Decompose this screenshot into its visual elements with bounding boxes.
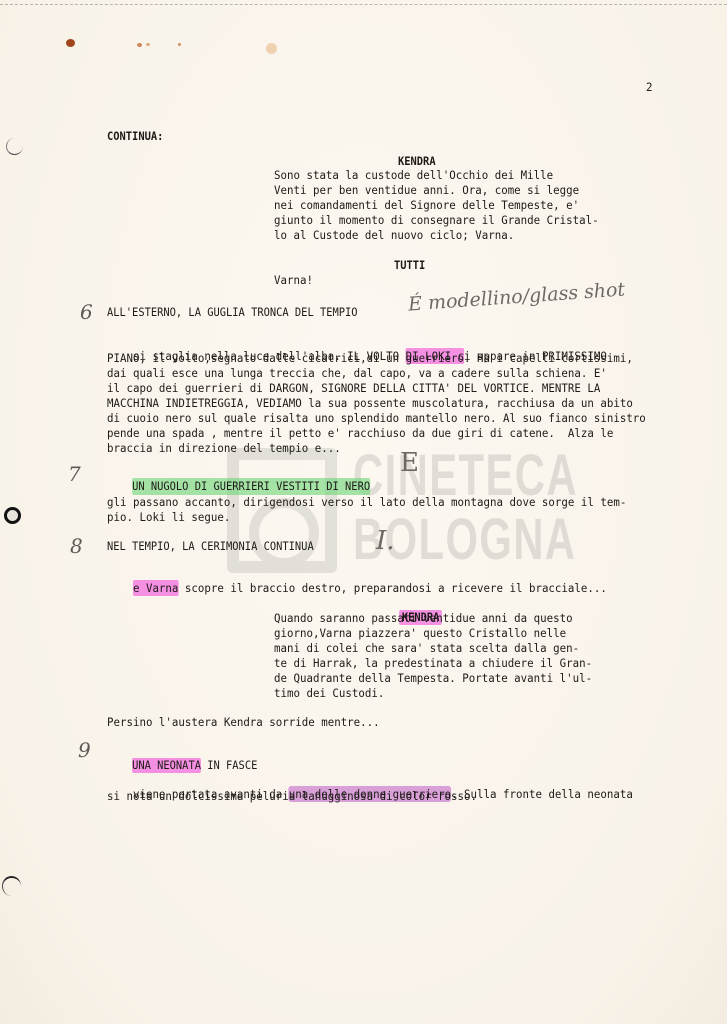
dialogue-line: Varna!	[274, 274, 313, 287]
action-line: Persino l'austera Kendra sorride mentre.…	[107, 716, 380, 729]
dialogue-line: lo al Custode del nuovo ciclo; Varna.	[274, 229, 514, 242]
continua-label: CONTINUA:	[107, 130, 163, 143]
action-line: pio. Loki li segue.	[107, 511, 230, 524]
dialogue-line: de Quadrante della Tempesta. Portate ava…	[274, 672, 592, 685]
action-line: PIANO, il volto,segnato dalle cicatrici,…	[107, 352, 633, 365]
rust-stain	[66, 39, 75, 47]
scene-number-handwritten: 7	[68, 462, 81, 486]
highlighted-heading: UNA NEONATA	[132, 758, 201, 773]
rust-stain	[266, 43, 277, 54]
rust-stain	[137, 43, 142, 47]
page-top-edge	[0, 4, 727, 6]
action-line: si nota un dolcissima peluria lanugginos…	[107, 790, 477, 803]
scene-number-handwritten: 6	[80, 300, 93, 324]
pencil-annotation: E	[400, 448, 419, 478]
dialogue-line: mani di colei che sara' stata scelta dal…	[274, 642, 579, 655]
action-line: pende una spada , mentre il petto e' rac…	[107, 427, 613, 440]
script-page: CINETECA BOLOGNA 2 CONTINUA: KENDRA Sono…	[0, 0, 727, 1024]
page-number: 2	[646, 81, 652, 94]
punch-hole-mark	[6, 138, 23, 155]
highlighted-text: e Varna	[133, 580, 178, 596]
scene-number-handwritten: 9	[78, 738, 91, 762]
rust-stain	[146, 43, 150, 46]
scene-number-handwritten: 8	[70, 534, 83, 558]
action-line: di cuoio nero sul quale risalta uno sple…	[107, 412, 646, 425]
pencil-annotation: É modellino/glass shot	[407, 278, 625, 315]
dialogue-line: timo dei Custodi.	[274, 687, 384, 700]
dialogue-line: giorno,Varna piazzera' questo Cristallo …	[274, 627, 566, 640]
scene-heading: ALL'ESTERNO, LA GUGLIA TRONCA DEL TEMPIO	[107, 306, 358, 319]
punch-hole	[4, 507, 21, 524]
rust-stain	[178, 43, 181, 46]
punch-hole-mark	[2, 876, 21, 896]
action-line: e Varna scopre il braccio destro, prepar…	[107, 569, 607, 608]
action-text: scopre il braccio destro, preparandosi a…	[178, 581, 606, 595]
dialogue-line: te di Harrak, la predestinata a chiudere…	[274, 657, 592, 670]
character-name: KENDRA	[398, 155, 436, 168]
character-name: TUTTI	[394, 259, 425, 272]
action-line: MACCHINA INDIETREGGIA, VEDIAMO la sua po…	[107, 397, 633, 410]
action-line: il capo dei guerrieri di DARGON, SIGNORE…	[107, 382, 600, 395]
dialogue-line: Sono stata la custode dell'Occhio dei Mi…	[274, 169, 553, 182]
dialogue-line: giunto il momento di consegnare il Grand…	[274, 214, 599, 227]
action-line: braccia in direzione del tempio e...	[107, 442, 341, 455]
scene-heading: NEL TEMPIO, LA CERIMONIA CONTINUA	[107, 540, 314, 553]
dialogue-line: Venti per ben ventidue anni. Ora, come s…	[274, 184, 579, 197]
action-text: . Sulla fronte della neonata	[451, 787, 633, 801]
action-line: gli passano accanto, dirigendosi verso i…	[107, 496, 626, 509]
pencil-annotation: I.	[376, 526, 395, 556]
action-line: dai quali esce una lunga treccia che, da…	[107, 367, 607, 380]
highlighted-heading: UN NUGOLO DI GUERRIERI VESTITI DI NERO	[132, 478, 370, 495]
dialogue-line: nei comandamenti del Signore delle Tempe…	[274, 199, 579, 212]
heading-text: IN FASCE	[201, 759, 257, 772]
dialogue-line: Quando saranno passati ventidue anni da …	[274, 612, 573, 625]
